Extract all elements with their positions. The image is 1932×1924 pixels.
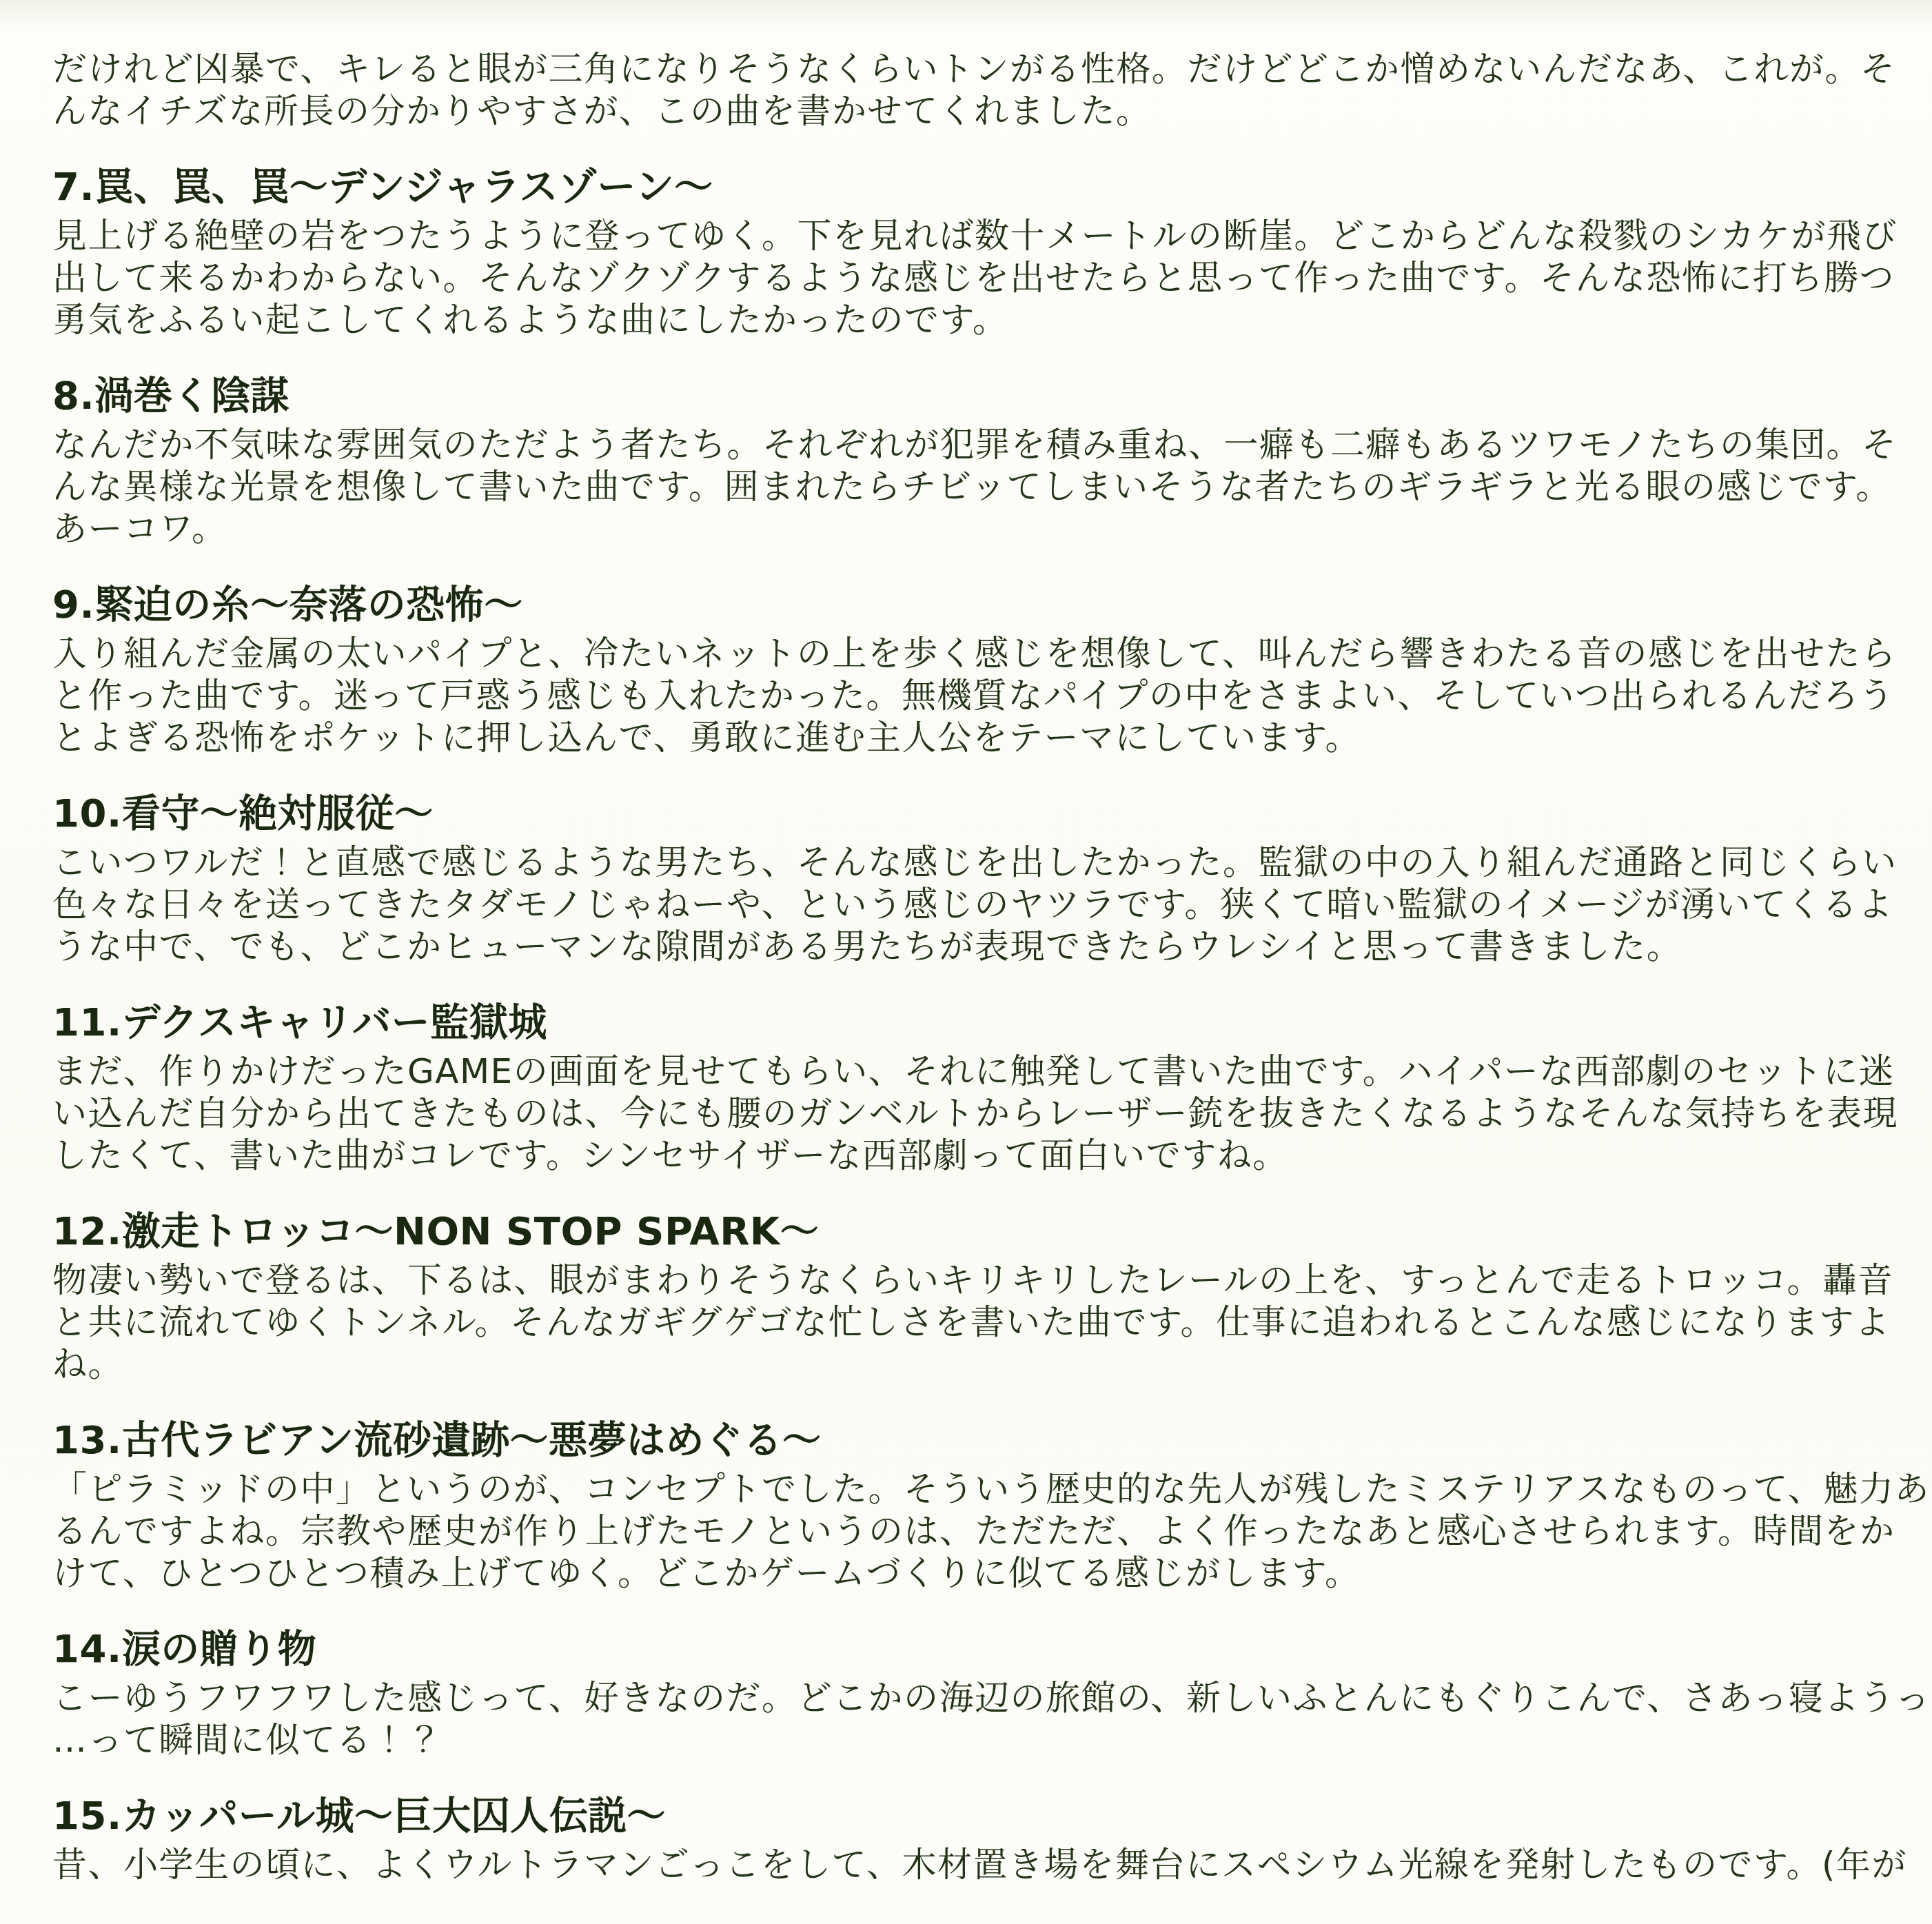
intro-paragraph: だけれど凶暴で、キレると眼が三角になりそうなくらいトンがる性格。だけどどこか憎め… xyxy=(52,48,1904,132)
text-line: まだ、作りかけだったGAMEの画面を見せてもらい、それに触発して書いた曲です。ハ… xyxy=(52,1051,1904,1093)
track-7-commentary: 見上げる絶壁の岩をつたうように登ってゆく。下を見れば数十メートルの断崖。どこから… xyxy=(52,215,1904,341)
track-10-section: 10.看守～絶対服従～ こいつワルだ！と直感で感じるような男たち、そんな感じを出… xyxy=(52,789,1904,968)
text-line: んな異様な光景を想像して書いた曲です。囲まれたらチビッてしまいそうな者たちのギラ… xyxy=(52,466,1904,508)
text-line: るんですよね。宗教や歴史が作り上げたモノというのは、ただただ、よく作ったなあと感… xyxy=(52,1510,1904,1552)
track-8-commentary: なんだか不気味な雰囲気のただよう者たち。それぞれが犯罪を積み重ね、一癖も二癖もあ… xyxy=(52,424,1904,550)
text-line: い込んだ自分から出てきたものは、今にも腰のガンベルトからレーザー銃を抜きたくなる… xyxy=(52,1093,1904,1135)
booklet-page: だけれど凶暴で、キレると眼が三角になりそうなくらいトンがる性格。だけどどこか憎め… xyxy=(0,0,1932,1924)
track-7-section: 7.罠、罠、罠～デンジャラスゾーン～ 見上げる絶壁の岩をつたうように登ってゆく。… xyxy=(52,163,1904,341)
text-line: 勇気をふるい起こしてくれるような曲にしたかったのです。 xyxy=(52,299,1904,341)
track-8-section: 8.渦巻く陰謀 なんだか不気味な雰囲気のただよう者たち。それぞれが犯罪を積み重ね… xyxy=(52,372,1904,550)
track-14-commentary: こーゆうフワフワした感じって、好きなのだ。どこかの海辺の旅館の、新しいふとんにも… xyxy=(52,1677,1904,1761)
track-13-section: 13.古代ラビアン流砂遺跡～悪夢はめぐる～ 「ピラミッドの中」というのが、コンセ… xyxy=(52,1416,1904,1594)
text-line: こーゆうフワフワした感じって、好きなのだ。どこかの海辺の旅館の、新しいふとんにも… xyxy=(52,1677,1904,1719)
track-10-commentary: こいつワルだ！と直感で感じるような男たち、そんな感じを出したかった。監獄の中の入… xyxy=(52,842,1904,968)
text-line: なんだか不気味な雰囲気のただよう者たち。それぞれが犯罪を積み重ね、一癖も二癖もあ… xyxy=(52,424,1904,466)
track-15-section: 15.カッパール城～巨大囚人伝説～ 昔、小学生の頃に、よくウルトラマンごっこをし… xyxy=(52,1792,1904,1886)
track-15-heading: 15.カッパール城～巨大囚人伝説～ xyxy=(52,1792,1904,1841)
text-line: と作った曲です。迷って戸惑う感じも入れたかった。無機質なパイプの中をさまよい、そ… xyxy=(52,675,1904,717)
text-line: ね。 xyxy=(52,1344,1904,1386)
track-14-section: 14.涙の贈り物 こーゆうフワフワした感じって、好きなのだ。どこかの海辺の旅館の… xyxy=(52,1625,1904,1761)
track-12-commentary: 物凄い勢いで登るは、下るは、眼がまわりそうなくらいキリキリしたレールの上を、すっ… xyxy=(52,1259,1904,1386)
text-line: 見上げる絶壁の岩をつたうように登ってゆく。下を見れば数十メートルの断崖。どこから… xyxy=(52,215,1904,257)
track-9-commentary: 入り組んだ金属の太いパイプと、冷たいネットの上を歩く感じを想像して、叫んだら響き… xyxy=(52,633,1904,759)
track-8-heading: 8.渦巻く陰謀 xyxy=(52,372,1904,421)
track-11-heading: 11.デクスキャリバー監獄城 xyxy=(52,998,1904,1048)
text-line: 入り組んだ金属の太いパイプと、冷たいネットの上を歩く感じを想像して、叫んだら響き… xyxy=(52,633,1904,675)
track-12-section: 12.激走トロッコ～NON STOP SPARK～ 物凄い勢いで登るは、下るは、… xyxy=(52,1207,1904,1386)
track-12-heading: 12.激走トロッコ～NON STOP SPARK～ xyxy=(52,1207,1904,1257)
track-14-heading: 14.涙の贈り物 xyxy=(52,1625,1904,1674)
track-7-heading: 7.罠、罠、罠～デンジャラスゾーン～ xyxy=(52,163,1904,212)
text-line: 色々な日々を送ってきたタダモノじゃねーや、という感じのヤツラです。狭くて暗い監獄… xyxy=(52,884,1904,926)
track-9-section: 9.緊迫の糸～奈落の恐怖～ 入り組んだ金属の太いパイプと、冷たいネットの上を歩く… xyxy=(52,580,1904,759)
text-line: とよぎる恐怖をポケットに押し込んで、勇敢に進む主人公をテーマにしています。 xyxy=(52,717,1904,759)
text-line: こいつワルだ！と直感で感じるような男たち、そんな感じを出したかった。監獄の中の入… xyxy=(52,842,1904,884)
text-line: んなイチズな所長の分かりやすさが、この曲を書かせてくれました。 xyxy=(52,90,1904,132)
track-13-commentary: 「ピラミッドの中」というのが、コンセプトでした。そういう歴史的な先人が残したミス… xyxy=(52,1468,1904,1594)
text-line: 「ピラミッドの中」というのが、コンセプトでした。そういう歴史的な先人が残したミス… xyxy=(52,1468,1904,1510)
text-line: 物凄い勢いで登るは、下るは、眼がまわりそうなくらいキリキリしたレールの上を、すっ… xyxy=(52,1259,1904,1302)
text-line: したくて、書いた曲がコレです。シンセサイザーな西部劇って面白いですね。 xyxy=(52,1135,1904,1177)
text-line: だけれど凶暴で、キレると眼が三角になりそうなくらいトンがる性格。だけどどこか憎め… xyxy=(52,48,1904,90)
track-11-commentary: まだ、作りかけだったGAMEの画面を見せてもらい、それに触発して書いた曲です。ハ… xyxy=(52,1051,1904,1177)
track-9-heading: 9.緊迫の糸～奈落の恐怖～ xyxy=(52,580,1904,630)
text-line: うな中で、でも、どこかヒューマンな隙間がある男たちが表現できたらウレシイと思って… xyxy=(52,926,1904,968)
text-line: 昔、小学生の頃に、よくウルトラマンごっこをして、木材置き場を舞台にスペシウム光線… xyxy=(52,1844,1904,1886)
text-line: 出して来るかわからない。そんなゾクゾクするような感じを出せたらと思って作った曲で… xyxy=(52,257,1904,299)
track-10-heading: 10.看守～絶対服従～ xyxy=(52,789,1904,839)
track-11-section: 11.デクスキャリバー監獄城 まだ、作りかけだったGAMEの画面を見せてもらい、… xyxy=(52,998,1904,1177)
text-line: と共に流れてゆくトンネル。そんなガギグゲゴな忙しさを書いた曲です。仕事に追われる… xyxy=(52,1302,1904,1344)
text-line: …って瞬間に似てる！？ xyxy=(52,1719,1904,1761)
track-15-commentary: 昔、小学生の頃に、よくウルトラマンごっこをして、木材置き場を舞台にスペシウム光線… xyxy=(52,1844,1904,1886)
text-line: けて、ひとつひとつ積み上げてゆく。どこかゲームづくりに似てる感じがします。 xyxy=(52,1552,1904,1594)
text-line: あーコワ。 xyxy=(52,508,1904,550)
track-13-heading: 13.古代ラビアン流砂遺跡～悪夢はめぐる～ xyxy=(52,1416,1904,1466)
